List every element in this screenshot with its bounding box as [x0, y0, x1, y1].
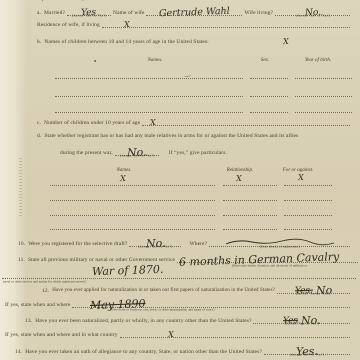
wife-living-hint: (Answer “Yes” or “No.”) — [296, 14, 330, 18]
relatives-row1-name-line — [50, 185, 215, 186]
question-d-text1: State whether registrant has or has had … — [44, 133, 298, 139]
children-row3-name-line — [55, 112, 243, 113]
question-c-x-mark: X — [150, 118, 156, 126]
children-row2-year-line — [295, 96, 352, 97]
question-14-text: Have you ever taken an oath of allegianc… — [25, 349, 262, 355]
question-13-row: 13. Have you ever been naturalized, part… — [25, 314, 352, 324]
question-c-label: c. — [37, 120, 41, 126]
question-d-answer-blank: No. (Answer “Yes” or “No.”) — [115, 146, 159, 156]
question-11-line2 — [2, 278, 356, 279]
question-c-text: Number of children under 10 years of age — [44, 120, 140, 126]
question-b-x-mark: X — [283, 37, 289, 45]
children-row2-sex-line — [250, 96, 288, 97]
residence-row: Residence of wife, if living X — [37, 19, 352, 28]
question-12-ifyes-row: If yes, state when and where May 1890 — [5, 298, 352, 308]
relatives-col-relationship: Relationship. — [227, 168, 254, 173]
married-label: Married? — [44, 10, 65, 16]
question-12-row: 12. Have you ever applied for naturaliza… — [42, 284, 352, 294]
where-label: Where? — [189, 241, 207, 247]
residence-blank: X — [102, 19, 350, 28]
relatives-row4-fa-line — [284, 229, 332, 230]
relatives-for-against-x-mark: X — [298, 174, 304, 182]
children-col-year: Year of birth. — [305, 58, 331, 63]
question-14-row: 14. Have you ever taken an oath of alleg… — [15, 344, 352, 355]
question-d-hint: (Answer “Yes” or “No.”) — [120, 154, 154, 158]
children-row3-sex-line — [250, 112, 288, 113]
question-13-ifyes-row: If yes, state when and where and in what… — [5, 328, 352, 338]
relatives-row4-name-line — [50, 229, 215, 230]
left-margin-marks — [19, 158, 22, 218]
question-11-answer-blank: 6 months in German Cavalry — [177, 253, 358, 263]
question-11-answer2: War of 1870. — [92, 265, 164, 276]
question-b-label: b. — [37, 39, 41, 45]
question-14-answer-blank: Yes. (Answer “Yes” or “No.”) — [264, 345, 350, 355]
children-row1-smudge — [184, 73, 191, 78]
children-row1-sex-line — [250, 78, 288, 79]
question-10-text: Were you registered for the selective dr… — [28, 241, 127, 247]
wife-name-answer: Gertrude Wahl — [159, 7, 230, 17]
relatives-col-names: Names. — [117, 168, 132, 173]
relatives-row4-rel-line — [223, 229, 277, 230]
question-10-row: 10. Were you registered for the selectiv… — [18, 237, 352, 247]
children-row2-name-line — [55, 96, 243, 97]
section9-header: State particulars of family as follows: — [30, 0, 109, 3]
relatives-row2-name-line — [50, 200, 215, 201]
question-a-row: a. Married? Yes (Answer “Yes” or “No.”) … — [37, 6, 352, 16]
relatives-row3-rel-line — [223, 215, 277, 216]
question-a-label: a. — [37, 10, 41, 16]
question-12-ifyes-label: If yes, state when and where — [5, 302, 70, 308]
question-12-ifyes-hint: (Give State or Territory, city, town, or… — [110, 308, 215, 312]
question-12-answer-blank: Yes. No (Answer “Yes” or “No.”) — [277, 284, 350, 294]
children-row3-year-line — [295, 112, 352, 113]
question-d-row1: d. State whether registrant has or has h… — [37, 133, 298, 139]
residence-label: Residence of wife, if living — [37, 22, 100, 28]
question-c-blank: X — [142, 117, 350, 126]
children-col-names: Names. — [148, 58, 163, 63]
relatives-relationship-x-mark: X — [236, 175, 242, 183]
question-13-x-mark: X — [167, 330, 173, 338]
married-answer-blank: Yes (Answer “Yes” or “No.”) — [67, 7, 111, 16]
question-c-row: c. Number of children under 10 years of … — [37, 117, 352, 126]
wife-living-blank: No. (Answer “Yes” or “No.”) — [275, 7, 350, 16]
question-12-ifyes-blank: May 1890 — [72, 298, 350, 308]
question-12-text: Have you ever applied for naturalization… — [52, 288, 275, 294]
question-13-ifyes-blank: X — [120, 329, 350, 338]
relatives-row3-name-line — [50, 215, 215, 216]
question-14-number: 14. — [15, 349, 22, 355]
question-13-number: 13. — [25, 318, 32, 324]
question-b-text: Names of children between 10 and 14 year… — [44, 39, 208, 45]
relatives-name-x-mark: X — [120, 175, 126, 183]
question-13-ifyes-label: If yes, state when and where and in what… — [5, 332, 118, 338]
question-13-text: Have you ever been naturalized, partly o… — [35, 318, 251, 324]
children-row1-year-line — [295, 78, 352, 79]
where-answer-blank: (State district of registration.) — [209, 238, 350, 247]
children-row1-name-line — [55, 78, 243, 79]
question-10-answer-blank: No. (Answer “Yes” or “No.”) — [129, 237, 181, 247]
question-11-hint1: (Here state duties, duration, and charac… — [232, 264, 307, 268]
relatives-row2-fa-line — [284, 200, 332, 201]
married-answer-hint: (Answer “Yes” or “No.”) — [72, 14, 106, 18]
question-10-number: 10. — [18, 241, 25, 247]
relatives-row1-fa-line — [284, 185, 332, 186]
question-b-row: b. Names of children between 10 and 14 y… — [37, 36, 352, 45]
question-d-row2: during the present war, No. (Answer “Yes… — [60, 146, 227, 156]
relatives-row3-fa-line — [284, 215, 332, 216]
question-11-number: 11. — [18, 257, 25, 263]
question-12-hint: (Answer “Yes” or “No.”) — [296, 292, 330, 296]
question-14-hint: (Answer “Yes” or “No.”) — [290, 353, 324, 357]
question-d-label: d. — [37, 133, 41, 139]
children-table-ink-mark: x — [94, 58, 96, 63]
relatives-row1-rel-line — [223, 185, 277, 186]
residence-x-mark: X — [124, 20, 130, 28]
section9-header-text: State particulars of family as follows: — [30, 0, 109, 3]
question-13-answer-blank: Yes No. (Answer “Yes” or “No.”) — [253, 314, 350, 324]
wife-name-label: Name of wife — [113, 10, 144, 16]
question-11-row: 11. State all previous military or naval… — [18, 252, 360, 263]
relatives-row2-rel-line — [223, 200, 277, 201]
children-col-sex: Sex. — [261, 58, 269, 63]
question-12-number: 12. — [42, 288, 49, 294]
where-hint: (State district of registration.) — [260, 245, 300, 249]
wife-name-blank: Gertrude Wahl — [146, 7, 242, 16]
question-d-suffix: If “yes,” give particulars. — [169, 150, 227, 156]
question-d-text2: during the present war, — [60, 150, 113, 156]
question-10-hint: (Answer “Yes” or “No.”) — [138, 245, 172, 249]
registration-form-page: State particulars of family as follows: … — [0, 0, 360, 360]
question-13-hint: (Answer “Yes” or “No.”) — [285, 322, 319, 326]
wife-living-label: Wife living? — [244, 10, 273, 16]
